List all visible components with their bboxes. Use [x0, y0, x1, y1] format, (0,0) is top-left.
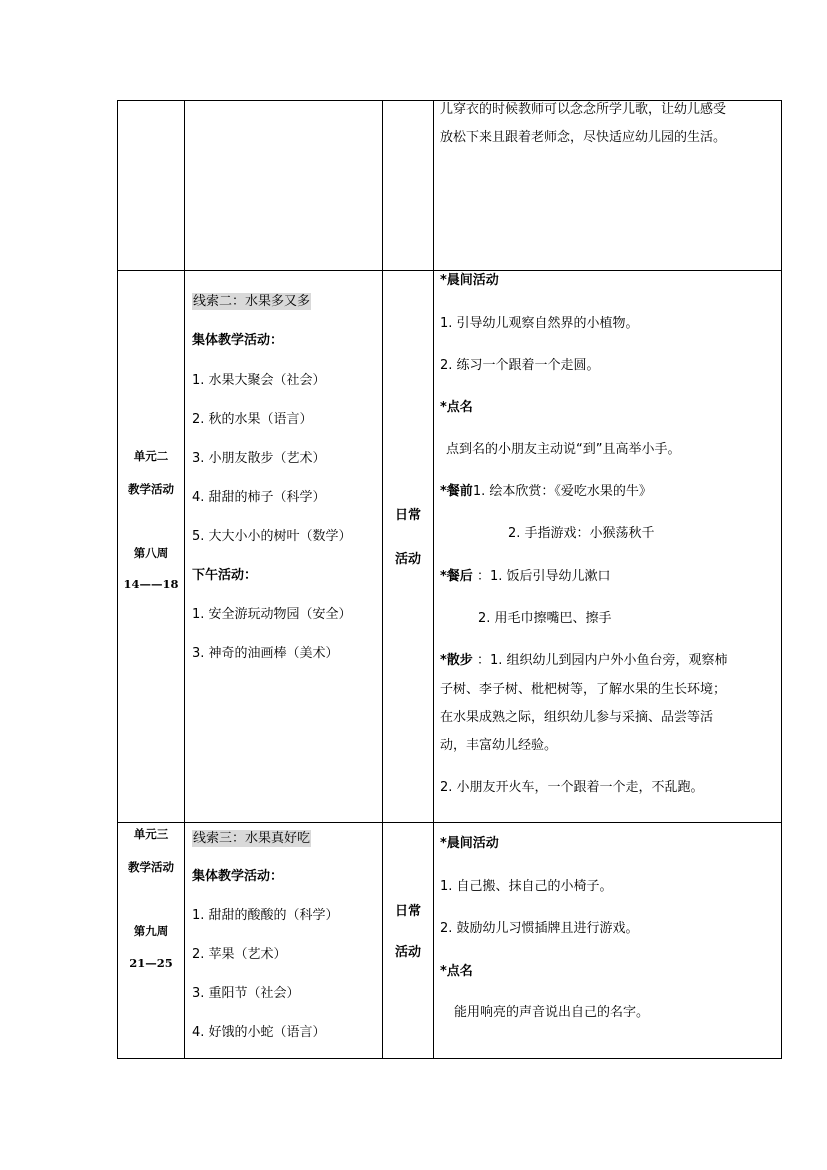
date-range: 21—25 [118, 956, 184, 970]
unit-subtitle: 教学活动 [118, 481, 184, 497]
walk-text-line: 动，丰富幼儿经验。 [440, 737, 557, 754]
daily-activities-cell: *晨间活动 1. 自己搬、抹自己的小椅子。 2. 鼓励幼儿习惯插牌且进行游戏。 … [434, 823, 782, 1059]
unit-cell: 单元二 教学活动 第八周 14——18 [118, 271, 185, 823]
unit-subtitle: 教学活动 [118, 859, 184, 875]
activities-cell-empty [185, 101, 383, 271]
category-label-line-2: 活动 [383, 941, 433, 960]
activities-cell: 线索三：水果真好吃 集体教学活动： 1. 甜甜的酸酸的（科学） 2. 苹果（艺术… [185, 823, 383, 1059]
morning-item: 2. 练习一个跟着一个走圆。 [440, 357, 600, 374]
continuation-line-1: 儿穿衣的时候教师可以念念所学儿歌，让幼儿感受 [440, 101, 726, 118]
group-activity-item: 2. 秋的水果（语言） [192, 411, 313, 428]
before-meal-label: *餐前 [440, 484, 473, 499]
before-meal-item: 1. 绘本欣赏：《爱吃水果的牛》 [473, 484, 652, 499]
daily-activities-cell: *晨间活动 1. 引导幼儿观察自然界的小植物。 2. 练习一个跟着一个走圆。 *… [434, 271, 782, 823]
table-row-unit-2: 单元二 教学活动 第八周 14——18 线索二：水果多又多 集体教学活动： 1.… [118, 271, 782, 823]
group-activity-item: 3. 小朋友散步（艺术） [192, 450, 326, 467]
activities-cell: 线索二：水果多又多 集体教学活动： 1. 水果大聚会（社会） 2. 秋的水果（语… [185, 271, 383, 823]
category-label-line-2: 活动 [383, 548, 433, 567]
thread-title: 线索二：水果多又多 [192, 293, 311, 310]
walk-label: *散步 [440, 653, 473, 668]
morning-item: 1. 自己搬、抹自己的小椅子。 [440, 878, 613, 895]
group-activity-item: 1. 甜甜的酸酸的（科学） [192, 907, 339, 924]
rollcall-heading: *点名 [440, 963, 473, 980]
category-label-line-1: 日常 [383, 900, 433, 919]
after-meal-item: ：1. 饭后引导幼儿漱口 [477, 569, 611, 584]
morning-heading: *晨间活动 [440, 272, 499, 289]
unit-cell: 单元三 教学活动 第九周 21—25 [118, 823, 185, 1059]
category-label-line-1: 日常 [383, 504, 433, 523]
walk-text-line: 子树、李子树、枇杷树等，了解水果的生长环境； [440, 681, 726, 698]
group-activities-heading: 集体教学活动： [192, 332, 283, 349]
morning-item: 2. 鼓励幼儿习惯插牌且进行游戏。 [440, 920, 639, 937]
rollcall-text: 点到名的小朋友主动说“到”且高举小手。 [446, 441, 680, 458]
continuation-line-2: 放松下来且跟着老师念，尽快适应幼儿园的生活。 [440, 129, 726, 146]
group-activity-item: 3. 重阳节（社会） [192, 985, 300, 1002]
group-activity-item: 4. 甜甜的柿子（科学） [192, 489, 326, 506]
table-row-continuation: 儿穿衣的时候教师可以念念所学儿歌，让幼儿感受 放松下来且跟着老师念，尽快适应幼儿… [118, 101, 782, 271]
daily-cell-continuation: 儿穿衣的时候教师可以念念所学儿歌，让幼儿感受 放松下来且跟着老师念，尽快适应幼儿… [434, 101, 782, 271]
afternoon-activity-item: 1. 安全游玩动物园（安全） [192, 606, 352, 623]
rollcall-heading: *点名 [440, 399, 473, 416]
after-meal-item: 2. 用毛巾擦嘴巴、擦手 [478, 610, 612, 627]
unit-name: 单元二 [118, 448, 184, 464]
morning-item: 1. 引导幼儿观察自然界的小植物。 [440, 315, 639, 332]
category-cell: 日常 活动 [383, 271, 434, 823]
afternoon-activity-item: 3. 神奇的油画棒（美术） [192, 645, 339, 662]
group-activity-item: 1. 水果大聚会（社会） [192, 372, 326, 389]
rollcall-text: 能用响亮的声音说出自己的名字。 [454, 1004, 649, 1021]
walk-text-line: 在水果成熟之际，组织幼儿参与采摘、品尝等活 [440, 709, 713, 726]
group-activities-heading: 集体教学活动： [192, 868, 283, 885]
unit-cell-empty [118, 101, 185, 271]
walk-item-2: 2. 小朋友开火车，一个跟着一个走，不乱跑。 [440, 779, 704, 796]
group-activity-item: 4. 好饿的小蛇（语言） [192, 1024, 326, 1041]
after-meal-label: *餐后 [440, 569, 473, 584]
week-label: 第九周 [118, 923, 184, 939]
morning-heading: *晨间活动 [440, 835, 499, 852]
category-cell: 日常 活动 [383, 823, 434, 1059]
category-cell-empty [383, 101, 434, 271]
walk-text-line: ：1. 组织幼儿到园内户外小鱼台旁，观察柿 [477, 653, 728, 668]
group-activity-item: 2. 苹果（艺术） [192, 946, 287, 963]
teaching-plan-table: 儿穿衣的时候教师可以念念所学儿歌，让幼儿感受 放松下来且跟着老师念，尽快适应幼儿… [117, 100, 782, 1059]
table-row-unit-3: 单元三 教学活动 第九周 21—25 线索三：水果真好吃 集体教学活动： 1. … [118, 823, 782, 1059]
before-meal-item: 2. 手指游戏：小猴荡秋千 [508, 525, 655, 542]
unit-name: 单元三 [118, 826, 184, 842]
afternoon-activities-heading: 下午活动： [192, 567, 257, 584]
group-activity-item: 5. 大大小小的树叶（数学） [192, 528, 352, 545]
date-range: 14——18 [118, 577, 184, 591]
week-label: 第八周 [118, 545, 184, 561]
thread-title: 线索三：水果真好吃 [192, 830, 311, 847]
